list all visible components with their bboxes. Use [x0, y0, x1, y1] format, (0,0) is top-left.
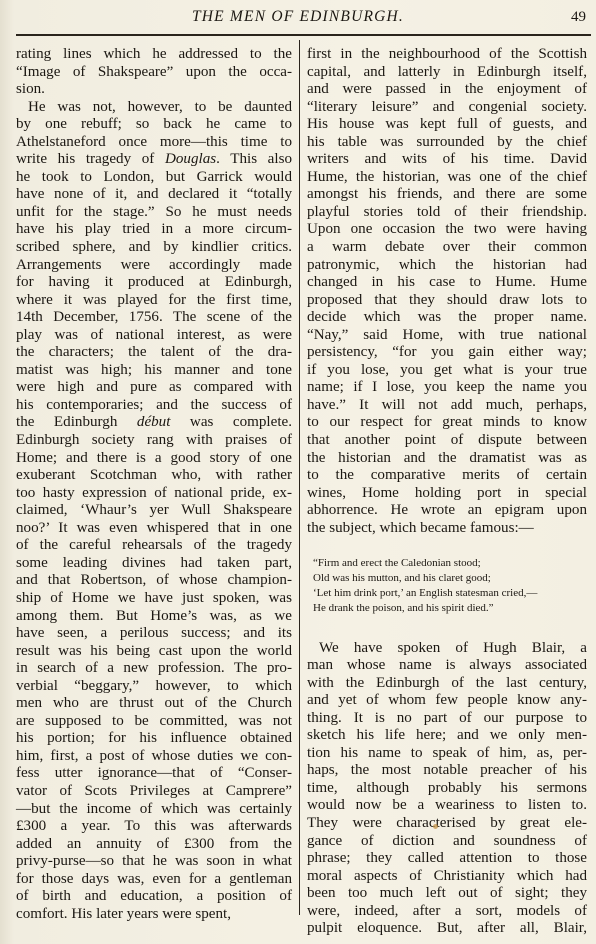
text-line: were high and pure as compared with — [16, 379, 292, 397]
text-line: result was his being cast upon the world — [16, 643, 292, 661]
column-divider — [299, 40, 300, 915]
text-line: if you lose, you get what is your true — [307, 362, 587, 380]
text-line: proposed that they should draw lots to — [307, 292, 587, 310]
text-line: and were passed in the enjoyment of — [307, 81, 587, 99]
text-line: decide which was the proper name. — [307, 309, 587, 327]
text-line: his table was surrounded by the chief — [307, 134, 587, 152]
text-line: Edinburgh society rang with praises of — [16, 432, 292, 450]
text-line: 14th December, 1756. The scene of the — [16, 309, 292, 327]
text-line: He was not, however, to be daunted — [16, 99, 292, 117]
text-line: Athelstaneford once more—this time to — [16, 134, 292, 152]
text-line: and yet of whom few people know any- — [307, 692, 587, 710]
text-line: comfort. His later years were spent, — [16, 906, 292, 924]
text-line: phrase; they called attention to those — [307, 850, 587, 868]
text-line: have none of it, and declared it “totall… — [16, 186, 292, 204]
text-line: capital, and latterly in Edinburgh itsel… — [307, 64, 587, 82]
text-line: “Image of Shakspeare” upon the occa- — [16, 64, 292, 82]
verse-line: “Firm and erect the Caledonian stood; — [313, 556, 587, 571]
text-line: first in the neighbourhood of the Scotti… — [307, 46, 587, 64]
text-line: amongst his friends, and there are some — [307, 186, 587, 204]
running-title: THE MEN OF EDINBURGH. — [0, 8, 596, 26]
text-line: ship of Home we have just spoken, was — [16, 590, 292, 608]
text-line: have.” It will not add much, perhaps, — [307, 397, 587, 415]
text-line: the subject, which became famous:— — [307, 520, 587, 538]
text-line: wines, Home holding port in special — [307, 485, 587, 503]
text-line: a warm debate over their common — [307, 239, 587, 257]
text-line: exuberant Scotchman who, with rather — [16, 467, 292, 485]
text-line: were, indeed, after a sort, models of — [307, 903, 587, 921]
text-line: His house was kept full of guests, and — [307, 116, 587, 134]
text-line: for having it produced at Edinburgh, — [16, 274, 292, 292]
text-line: the historian and the dramatist was as — [307, 450, 587, 468]
text-line: have seen, a perilous success; and its — [16, 625, 292, 643]
verse-line: He drank the poison, and his spirit died… — [313, 601, 587, 616]
text-line: in search of a new profession. The pro- — [16, 660, 292, 678]
right-column-text-before-verse: first in the neighbourhood of the Scotti… — [307, 46, 587, 537]
text-line: privy-purse—so that he was soon in what — [16, 853, 292, 871]
text-line: of birth and education, a position of — [16, 888, 292, 906]
text-line: men who are thrust out of the Church — [16, 695, 292, 713]
text-line: tion his name to speak of him, as, per- — [307, 745, 587, 763]
text-line: rating lines which he addressed to the — [16, 46, 292, 64]
text-line: noo?’ It was even whispered that in one — [16, 520, 292, 538]
verse-line: Old was his mutton, and his claret good; — [313, 571, 587, 586]
text-line: the Edinburgh début was complete. — [16, 414, 292, 432]
text-line: added an annuity of £300 from the — [16, 836, 292, 854]
epigram-verse: “Firm and erect the Caledonian stood;Old… — [313, 556, 587, 615]
text-line: man whose name is always associated — [307, 657, 587, 675]
text-line: write his tragedy of Douglas. This also — [16, 151, 292, 169]
text-line: gance of diction and soundness of — [307, 833, 587, 851]
text-line: and that Robertson, of whose champion- — [16, 572, 292, 590]
text-line: for those days was, even for a gentleman — [16, 871, 292, 889]
text-line: sion. — [16, 81, 292, 99]
text-line: —but the income of which was certainly — [16, 801, 292, 819]
text-line: where it was played for the first time, — [16, 292, 292, 310]
text-line: he took to London, but Garrick would — [16, 169, 292, 187]
text-line: playful stories told of their friendship… — [307, 204, 587, 222]
text-line: that another point of dispute between — [307, 432, 587, 450]
text-line: Arrangements were accordingly made — [16, 257, 292, 275]
text-line: pulpit eloquence. But, after all, Blair, — [307, 920, 587, 938]
text-line: been too much left out of sight; they — [307, 885, 587, 903]
text-line: moral aspects of Christianity which had — [307, 868, 587, 886]
running-head: THE MEN OF EDINBURGH. 49 — [0, 6, 596, 28]
text-line: “literary leisure” and congenial society… — [307, 99, 587, 117]
text-line: unfit for the stage.” So he must needs — [16, 204, 292, 222]
text-line: patronymic, which the historian had — [307, 257, 587, 275]
text-line: haps, the most notable preacher of his — [307, 762, 587, 780]
text-line: abhorrence. He wrote an epigram upon — [307, 502, 587, 520]
text-line: his contemporaries; and the success of — [16, 397, 292, 415]
text-line: claimed, ‘Whaur’s yer Wull Shakspeare — [16, 502, 292, 520]
text-line: changed in his case to Hume. Hume — [307, 274, 587, 292]
text-line: Home; and there is a good story of one — [16, 450, 292, 468]
text-line: among them. But Home’s was, as we — [16, 608, 292, 626]
text-line: of the careful rehearsals of the tragedy — [16, 537, 292, 555]
text-line: by one rebuff; so back he came to — [16, 116, 292, 134]
text-line: matist was high; his manner and tone — [16, 362, 292, 380]
text-line: fess utter ignorance—that of “Conser- — [16, 765, 292, 783]
text-line: sketch his life here; and we only men- — [307, 727, 587, 745]
text-line: Upon one occasion the two were having — [307, 221, 587, 239]
right-column-text-after-verse: We have spoken of Hugh Blair, aman whose… — [307, 640, 587, 938]
text-line: time, although probably his sermons — [307, 780, 587, 798]
text-line: “Nay,” said Home, with true national — [307, 327, 587, 345]
text-line: vator of Scots Privileges at Camprere” — [16, 783, 292, 801]
text-line: verbial “beggary,” however, to which — [16, 678, 292, 696]
text-line: have his play tried in a more circum- — [16, 221, 292, 239]
text-line: him, first, a post of whose duties we co… — [16, 748, 292, 766]
text-line: play was of national interest, as were — [16, 327, 292, 345]
text-line: his portion; for his influence obtained — [16, 730, 292, 748]
text-line: Hume, the historian, was one of the chie… — [307, 169, 587, 187]
text-line: name; if I lose, you keep the name you — [307, 379, 587, 397]
text-line: scribed sphere, and by kindlier critics. — [16, 239, 292, 257]
book-page: THE MEN OF EDINBURGH. 49 rating lines wh… — [0, 0, 596, 944]
text-line: We have spoken of Hugh Blair, a — [307, 640, 587, 658]
text-line: too hasty expression of national pride, … — [16, 485, 292, 503]
left-column: rating lines which he addressed to the“I… — [16, 46, 292, 923]
text-line: are supposed to be committed, was not — [16, 713, 292, 731]
right-column: first in the neighbourhood of the Scotti… — [307, 46, 587, 938]
header-rule — [16, 34, 591, 36]
text-line: persistency, “for you gain either way; — [307, 344, 587, 362]
text-line: with the Edinburgh of the last century, — [307, 675, 587, 693]
text-line: £300 a year. To this was afterwards — [16, 818, 292, 836]
text-line: writers and wits of his time. David — [307, 151, 587, 169]
text-line: some leading divines had taken part, — [16, 555, 292, 573]
text-line: the characters; the talent of the dra- — [16, 344, 292, 362]
text-line: thing. It is no part of our purpose to — [307, 710, 587, 728]
verse-line: ‘Let him drink port,’ an English statesm… — [313, 586, 587, 601]
text-line: would now be a weariness to listen to. — [307, 797, 587, 815]
text-line: to the comparative merits of certain — [307, 467, 587, 485]
paper-stain — [433, 824, 438, 829]
text-line: to our respect for great minds to know — [307, 414, 587, 432]
text-line: They were characterised by great ele- — [307, 815, 587, 833]
page-number: 49 — [571, 9, 586, 26]
